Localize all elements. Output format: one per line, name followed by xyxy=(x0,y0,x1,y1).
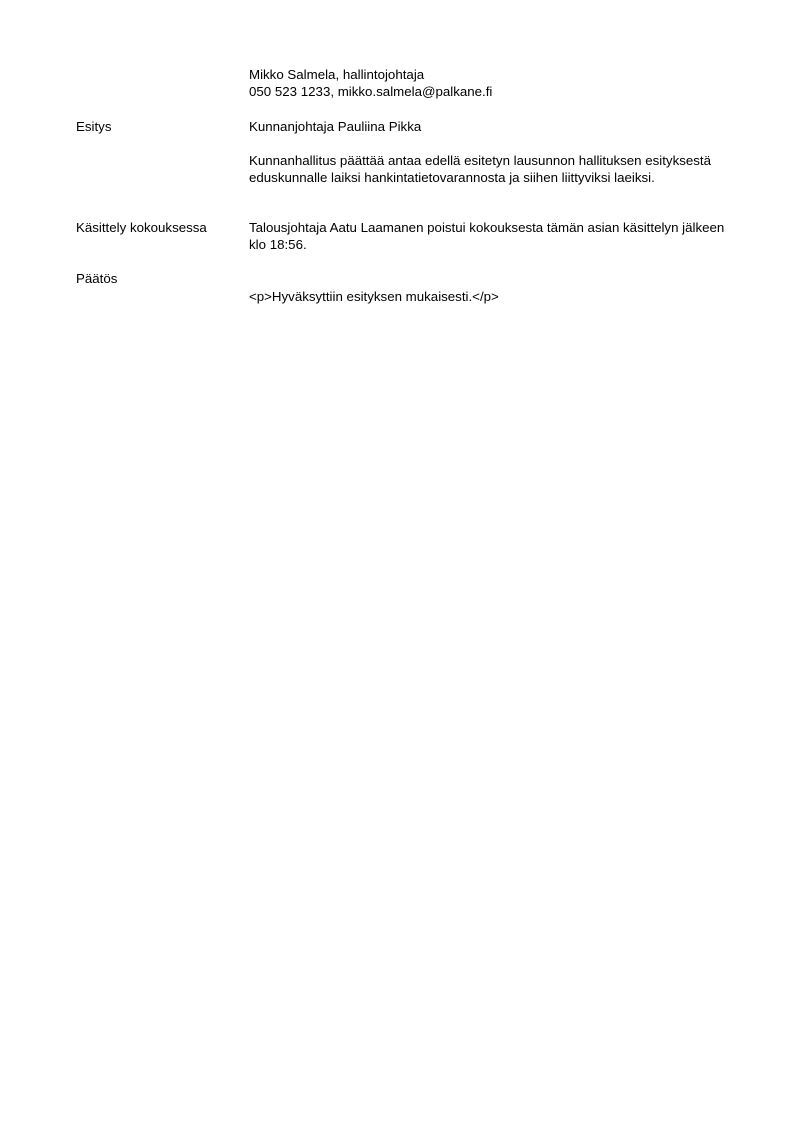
contact-name-title: Mikko Salmela, hallintojohtaja xyxy=(249,66,727,83)
section-label-paatos: Päätös xyxy=(76,270,248,287)
esitys-proposal: Kunnanhallitus päättää antaa edellä esit… xyxy=(249,152,727,186)
contact-phone-email: 050 523 1233, mikko.salmela@palkane.fi xyxy=(249,83,727,100)
document-page: Mikko Salmela, hallintojohtaja 050 523 1… xyxy=(0,0,794,1122)
esitys-presenter: Kunnanjohtaja Pauliina Pikka xyxy=(249,118,727,135)
esitys-content: Kunnanjohtaja Pauliina Pikka Kunnanhalli… xyxy=(249,118,727,186)
paatos-content: <p>Hyväksyttiin esityksen mukaisesti.</p… xyxy=(249,288,727,305)
kasittely-content: Talousjohtaja Aatu Laamanen poistui koko… xyxy=(249,219,727,253)
section-label-esitys: Esitys xyxy=(76,118,248,135)
section-label-kasittely: Käsittely kokouksessa xyxy=(76,219,248,236)
contact-info: Mikko Salmela, hallintojohtaja 050 523 1… xyxy=(249,66,727,100)
